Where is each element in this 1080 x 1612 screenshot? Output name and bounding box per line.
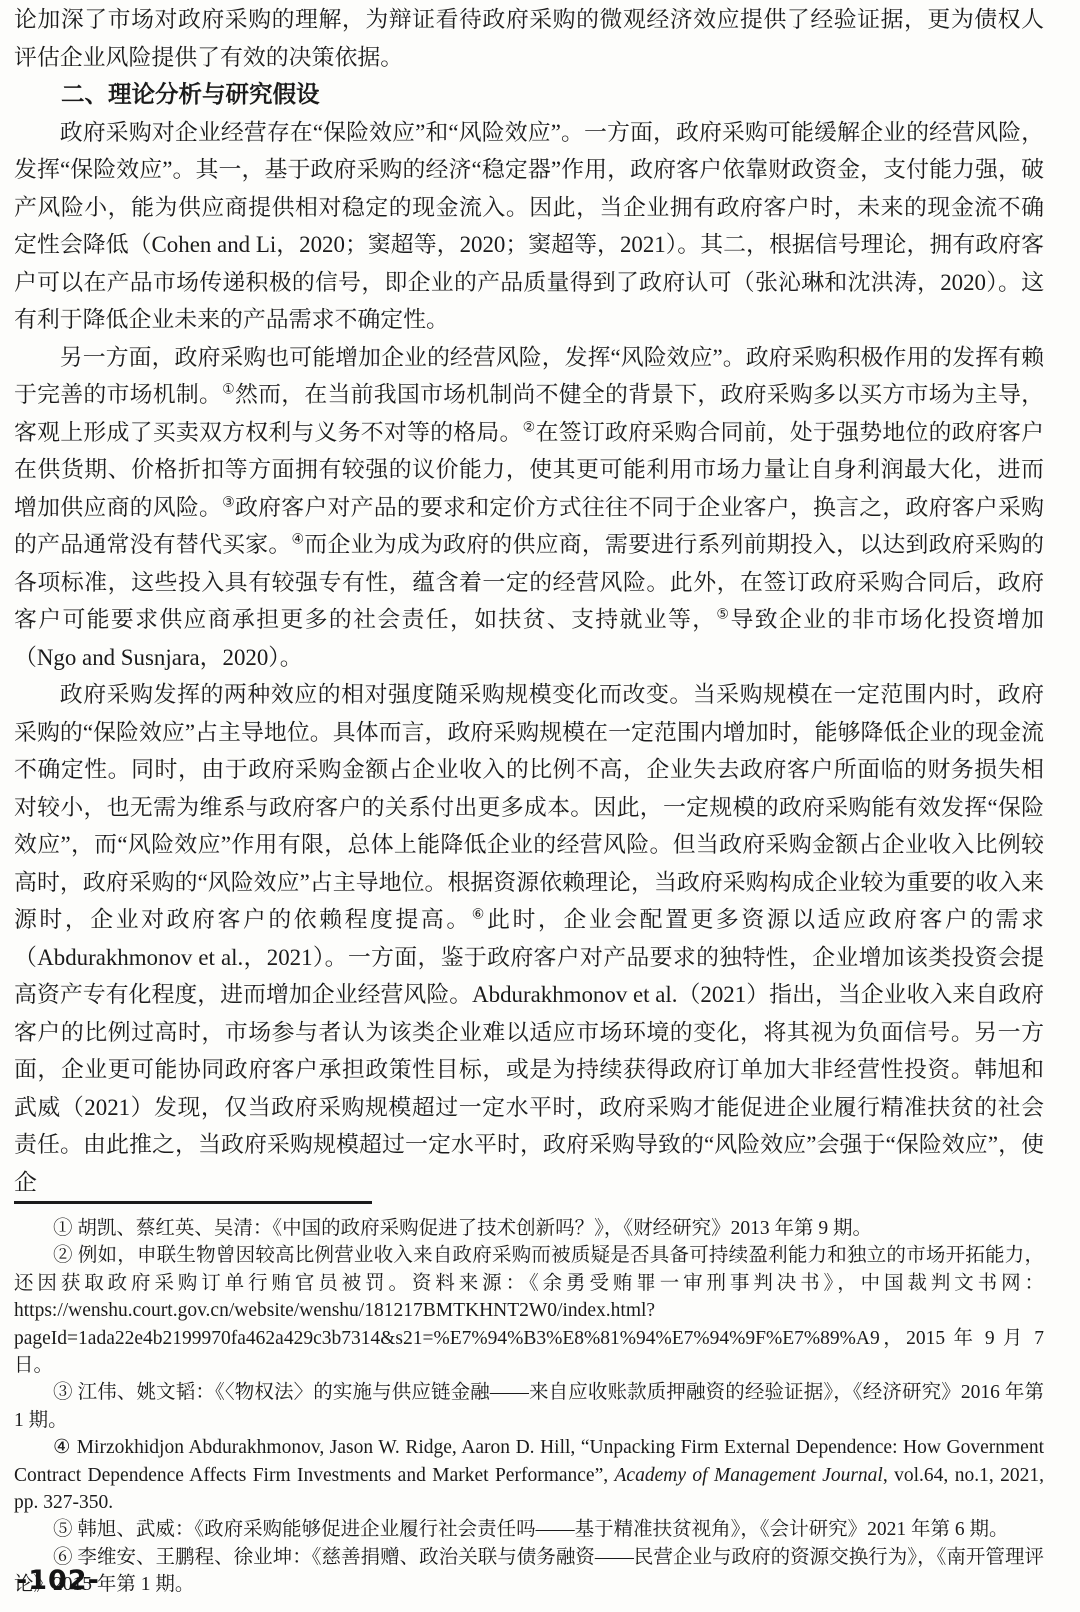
footnote-marker-superscript: ③ [222, 494, 235, 510]
section-heading: 二、理论分析与研究假设 [14, 76, 1044, 114]
footnote-item: ③ 江伟、姚文韬：《〈物权法〉的实施与供应链金融——来自应收账款质押融资的经验证… [14, 1379, 1044, 1434]
footnote-marker-superscript: ② [523, 419, 536, 435]
footnote-marker-superscript: ① [222, 381, 235, 397]
heading-text: 二、理论分析与研究假设 [61, 81, 320, 107]
footnote-item: ② 例如，申联生物曾因较高比例营业收入来自政府采购而被质疑是否具备可持续盈利能力… [14, 1242, 1044, 1379]
text-segment: 此时，企业会配置更多资源以适应政府客户的需求（Abdurakhmonov et … [14, 907, 1044, 1195]
paragraph-risk-effect: 另一方面，政府采购也可能增加企业的经营风险，发挥“风险效应”。政府采购积极作用的… [14, 339, 1044, 677]
footnote-separator [14, 1201, 372, 1204]
footnote-text: ⑤ 韩旭、武威：《政府采购能够促进企业履行社会责任吗——基于精准扶贫视角》，《会… [53, 1519, 1009, 1540]
paragraph-insurance-effect: 政府采购对企业经营存在“保险效应”和“风险效应”。一方面，政府采购可能缓解企业的… [14, 114, 1044, 339]
footnote-item: ⑤ 韩旭、武威：《政府采购能够促进企业履行社会责任吗——基于精准扶贫视角》，《会… [14, 1516, 1044, 1543]
text-segment: 政府采购对企业经营存在“保险效应”和“风险效应”。一方面，政府采购可能缓解企业的… [14, 120, 1044, 333]
journal-title-italic: Academy of Management Journal [615, 1465, 883, 1486]
footnote-text: ① 胡凯、蔡红英、吴清：《中国的政府采购促进了技术创新吗？》，《财经研究》201… [53, 1218, 872, 1239]
text-segment: 政府采购发挥的两种效应的相对强度随采购规模变化而改变。当采购规模在一定范围内时，… [14, 682, 1044, 932]
paragraph-scale-effect: 政府采购发挥的两种效应的相对强度随采购规模变化而改变。当采购规模在一定范围内时，… [14, 676, 1044, 1201]
footnote-item: ④ Mirzokhidjon Abdurakhmonov, Jason W. R… [14, 1434, 1044, 1516]
footnote-marker-superscript: ⑤ [716, 606, 730, 622]
footnote-text: ⑥ 李维安、王鹏程、徐业坤：《慈善捐赠、政治关联与债务融资——民营企业与政府的资… [14, 1547, 1044, 1595]
footnote-marker-superscript: ⑥ [472, 906, 487, 922]
paragraph-continuation: 论加深了市场对政府采购的理解，为辩证看待政府采购的微观经济效应提供了经验证据，更… [14, 1, 1044, 76]
footnote-item: ① 胡凯、蔡红英、吴清：《中国的政府采购促进了技术创新吗？》，《财经研究》201… [14, 1215, 1044, 1242]
text-segment: 论加深了市场对政府采购的理解，为辩证看待政府采购的微观经济效应提供了经验证据，更… [14, 7, 1044, 70]
footnotes: ① 胡凯、蔡红英、吴清：《中国的政府采购促进了技术创新吗？》，《财经研究》201… [14, 1215, 1044, 1599]
footnote-marker-superscript: ④ [291, 531, 304, 547]
journal-page: 论加深了市场对政府采购的理解，为辩证看待政府采购的微观经济效应提供了经验证据，更… [0, 0, 1080, 1612]
footnote-text: ② 例如，申联生物曾因较高比例营业收入来自政府采购而被质疑是否具备可持续盈利能力… [14, 1245, 1044, 1376]
footnote-item: ⑥ 李维安、王鹏程、徐业坤：《慈善捐赠、政治关联与债务融资——民营企业与政府的资… [14, 1544, 1044, 1599]
article-body: 论加深了市场对政府采购的理解，为辩证看待政府采购的微观经济效应提供了经验证据，更… [14, 1, 1044, 1201]
page-number: -102- [16, 1565, 100, 1596]
footnote-text: ③ 江伟、姚文韬：《〈物权法〉的实施与供应链金融——来自应收账款质押融资的经验证… [14, 1382, 1044, 1430]
